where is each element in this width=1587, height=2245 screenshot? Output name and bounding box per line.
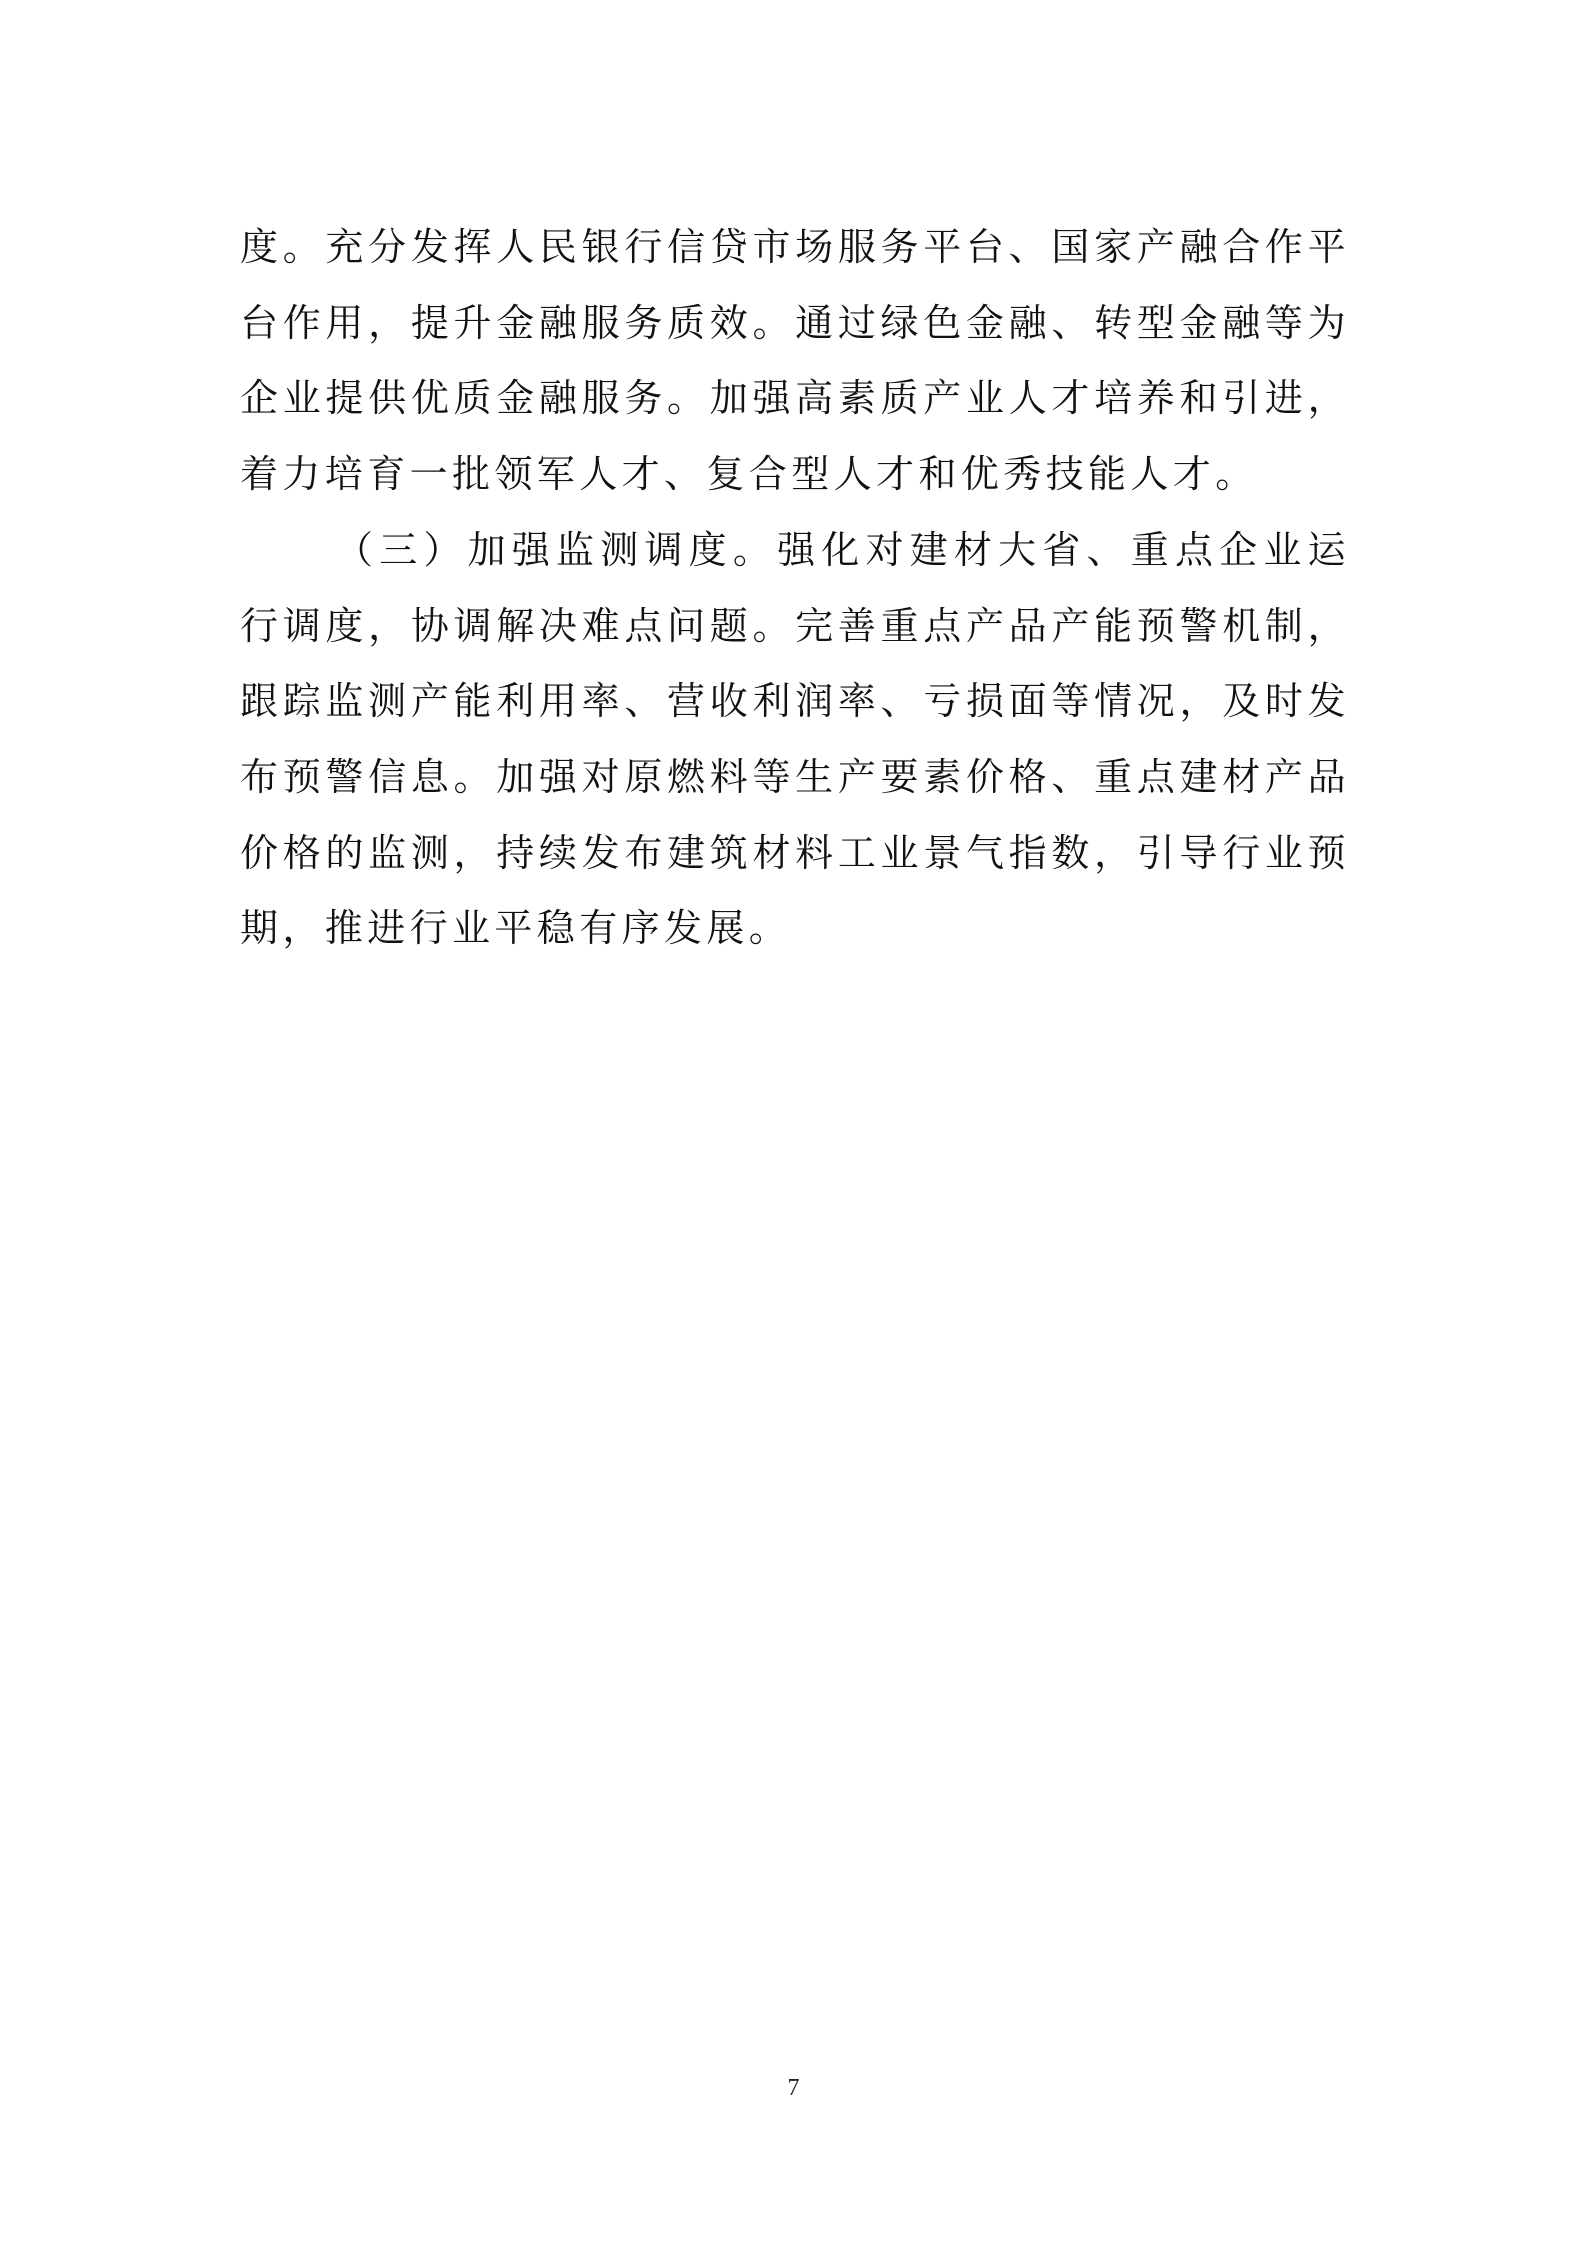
paragraph-section-3-monitoring: （三）加强监测调度。强化对建材大省、重点企业运行调度，协调解决难点问题。完善重点…: [240, 513, 1350, 967]
paragraph-continuation: 度。充分发挥人民银行信贷市场服务平台、国家产融合作平台作用，提升金融服务质效。通…: [240, 210, 1350, 513]
page-number: 7: [0, 2075, 1587, 2102]
page-body: 度。充分发挥人民银行信贷市场服务平台、国家产融合作平台作用，提升金融服务质效。通…: [240, 210, 1350, 967]
